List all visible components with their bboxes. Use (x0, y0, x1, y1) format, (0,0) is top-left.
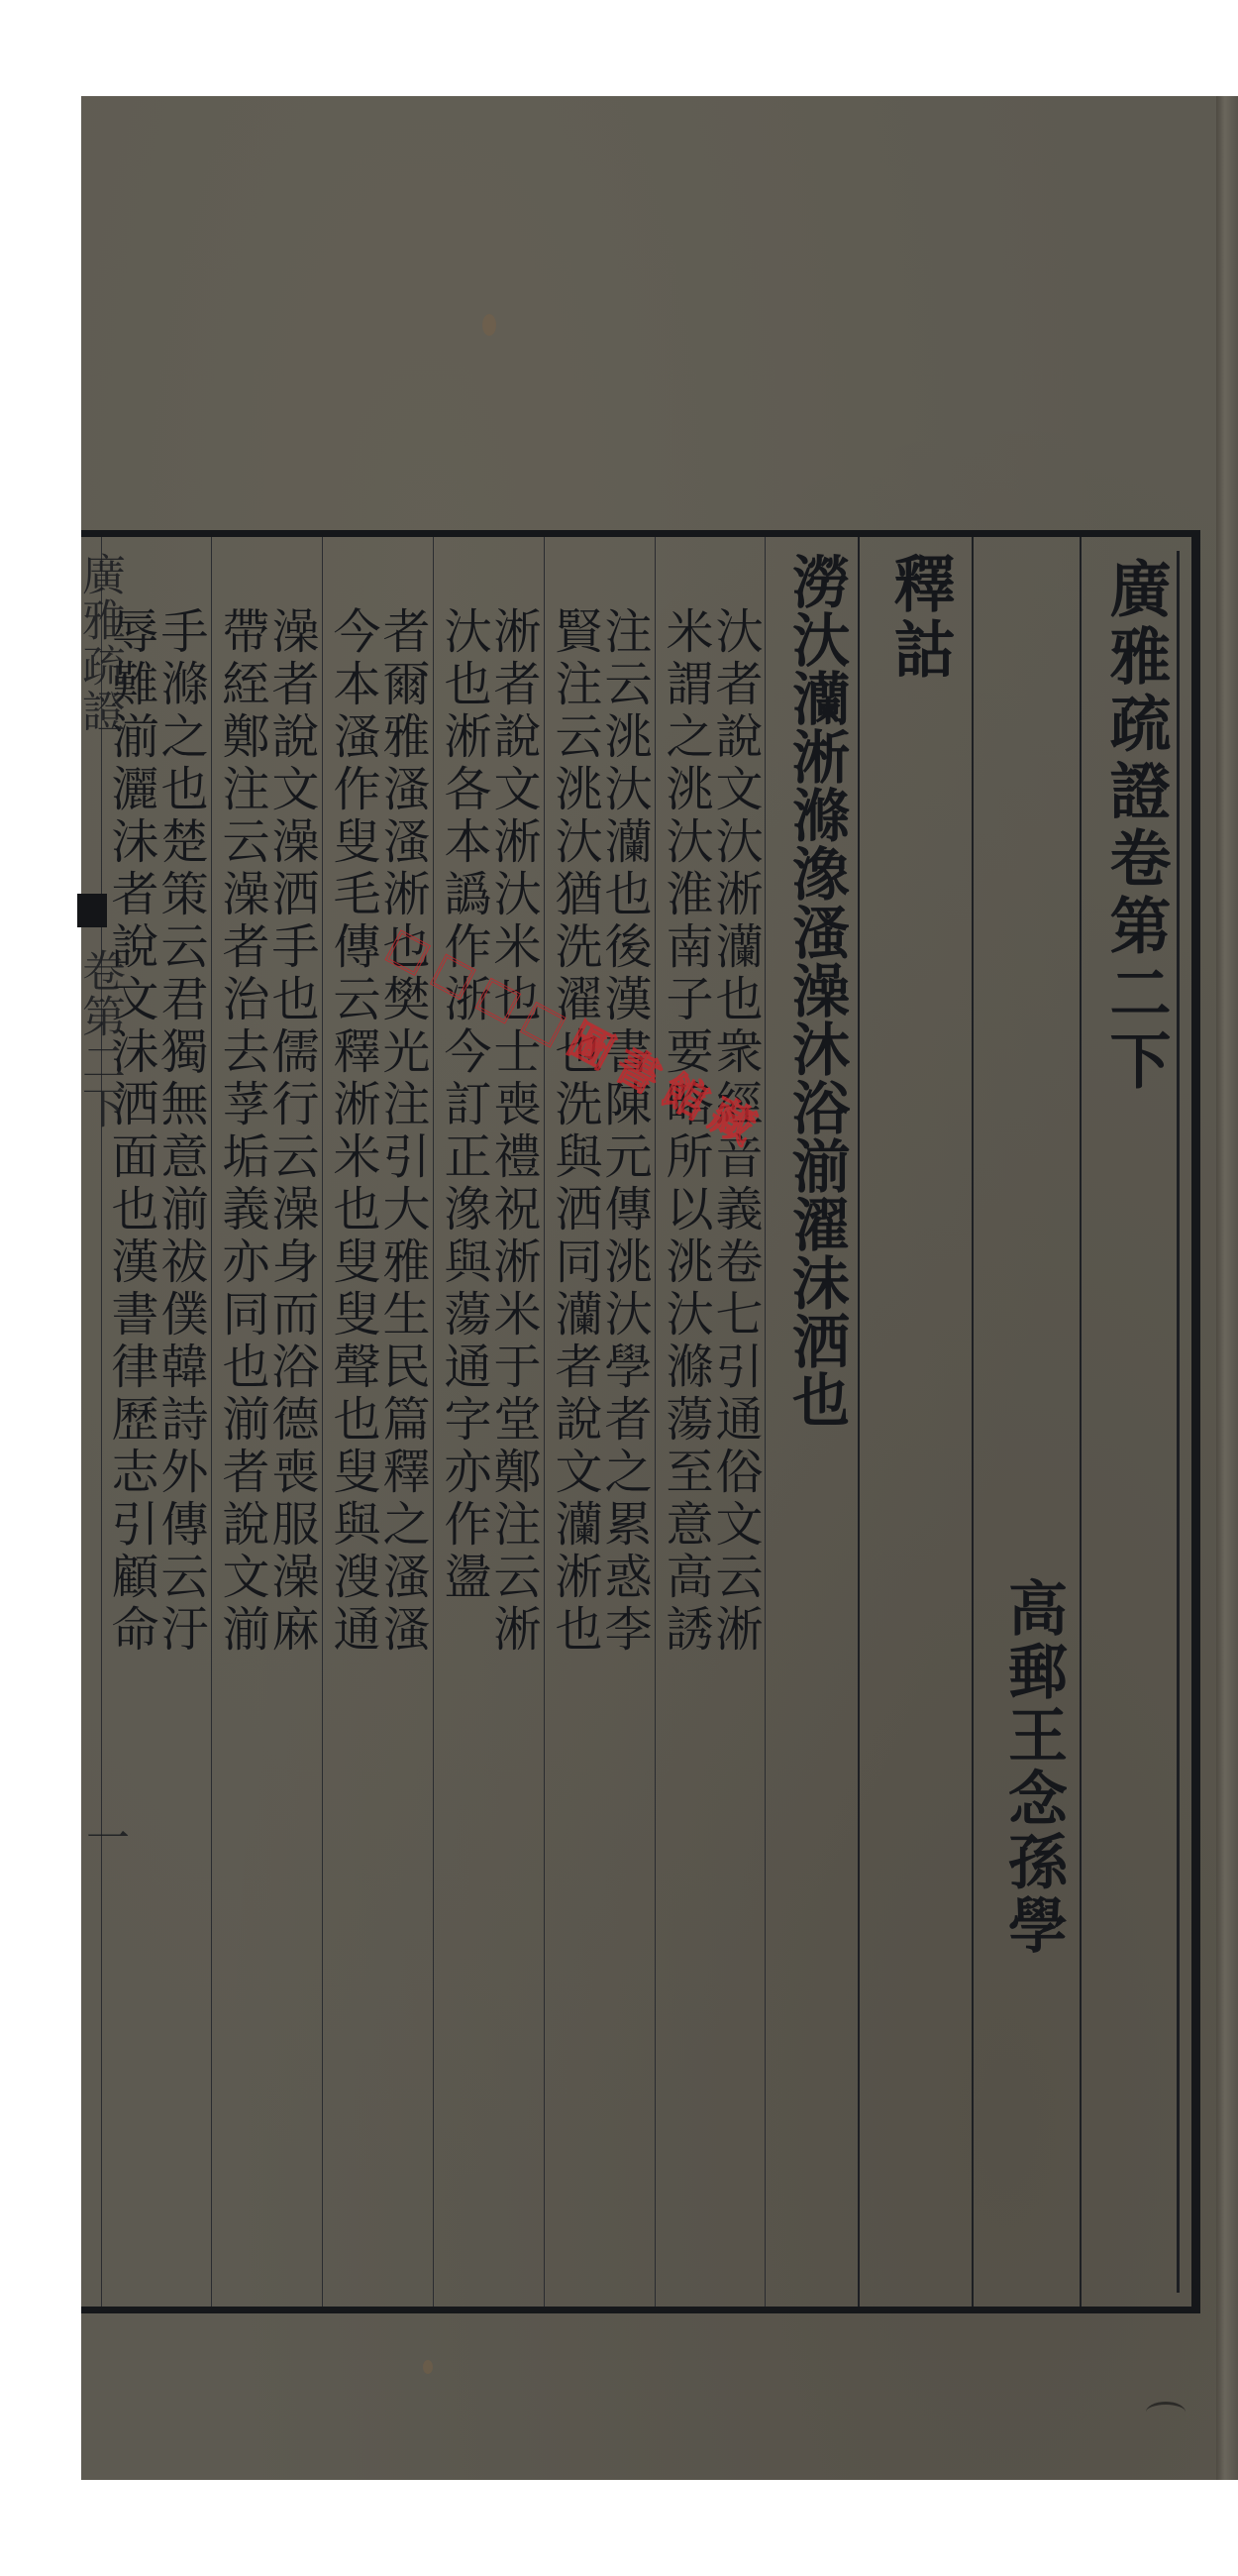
column-rule (433, 537, 434, 2307)
book-page: 廣雅疏證卷第二下 高郵王念孫學 釋詁 澇汏灡淅滌潒溞澡沐浴湔濯沬洒也 汏者說文汏… (81, 96, 1238, 2480)
column-rule (972, 537, 974, 2307)
column-rule (101, 537, 102, 2307)
column-rule (544, 537, 545, 2307)
commentary-column: 帶絰鄭注云澡者治去莩垢義亦同也湔者說文湔 (218, 606, 265, 1657)
author-line: 高郵王念孫學 (990, 1577, 1076, 1958)
commentary-column: 淅者說文淅汏米也士喪禮祝淅米于堂鄭注云淅 (489, 606, 537, 1657)
printed-frame: 廣雅疏證卷第二下 高郵王念孫學 釋詁 澇汏灡淅滌潒溞澡沐浴湔濯沬洒也 汏者說文汏… (81, 530, 1200, 2313)
column-rule (765, 537, 766, 2307)
paper-stain (482, 314, 496, 336)
column-rule (655, 537, 656, 2307)
commentary-column: 今本溞作叟毛傳云釋淅米也叟叟聲也叟與溲通 (329, 606, 376, 1657)
column-rule (211, 537, 212, 2307)
paper-stain (423, 2360, 433, 2374)
column-rule (1080, 537, 1082, 2307)
fold-margin-volume: 卷第二下 (67, 948, 131, 1130)
main-entry: 澇汏灡淅滌潒溞澡沐浴湔濯沬洒也 (774, 552, 858, 1429)
volume-title: 廣雅疏證卷第二下 (1091, 557, 1180, 1096)
fish-tail-mark (77, 894, 107, 927)
commentary-column: 注云洮汏灡也後漢書陳元傳洮汏學者之累惑李 (600, 606, 648, 1657)
paper-crease (1146, 2402, 1186, 2422)
column-rule (858, 537, 860, 2307)
fold-margin-title: 廣雅疏證 (67, 552, 131, 734)
section-heading: 釋詁 (876, 552, 964, 683)
commentary-column: 辱難湔灑沬者說文沬洒面也漢書律歷志引顧命 (107, 606, 155, 1657)
commentary-column: 者爾雅溞溞淅也樊光注引大雅生民篇釋之溞溞 (378, 606, 426, 1657)
commentary-column: 澡者說文澡洒手也儒行云澡身而浴德喪服澡麻 (267, 606, 315, 1657)
commentary-column: 汏也淅各本譌作浙今訂正潒與蕩通字亦作盪 (440, 606, 487, 1604)
commentary-column: 賢注云洮汏猶洗濯也洗與洒同灡者說文灡淅也 (551, 606, 598, 1657)
fold-margin-page-number: 一 (71, 1815, 135, 1861)
page-edge (1216, 96, 1238, 2480)
commentary-column: 手滌之也楚策云君獨無意湔祓僕韓詩外傳云汙 (156, 606, 204, 1657)
column-rule (322, 537, 323, 2307)
